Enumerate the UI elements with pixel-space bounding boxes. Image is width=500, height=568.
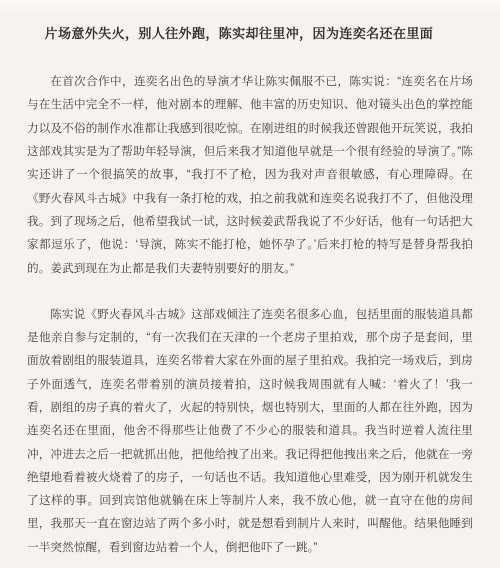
- article-title: 片场意外失火，别人往外跑，陈实却往里冲，因为连奕名还在里面: [27, 24, 473, 44]
- article-paragraph-2: 陈实说《野火春风斗古城》这部戏倾注了连奕名很多心血，包括里面的服装道具都是他亲自…: [27, 303, 473, 559]
- article-page: 片场意外失火，别人往外跑，陈实却往里冲，因为连奕名还在里面 在首次合作中，连奕名…: [0, 0, 500, 568]
- article-paragraph-1: 在首次合作中，连奕名出色的导演才华让陈实佩服不已，陈实说：“连奕名在片场与在生活…: [27, 70, 473, 280]
